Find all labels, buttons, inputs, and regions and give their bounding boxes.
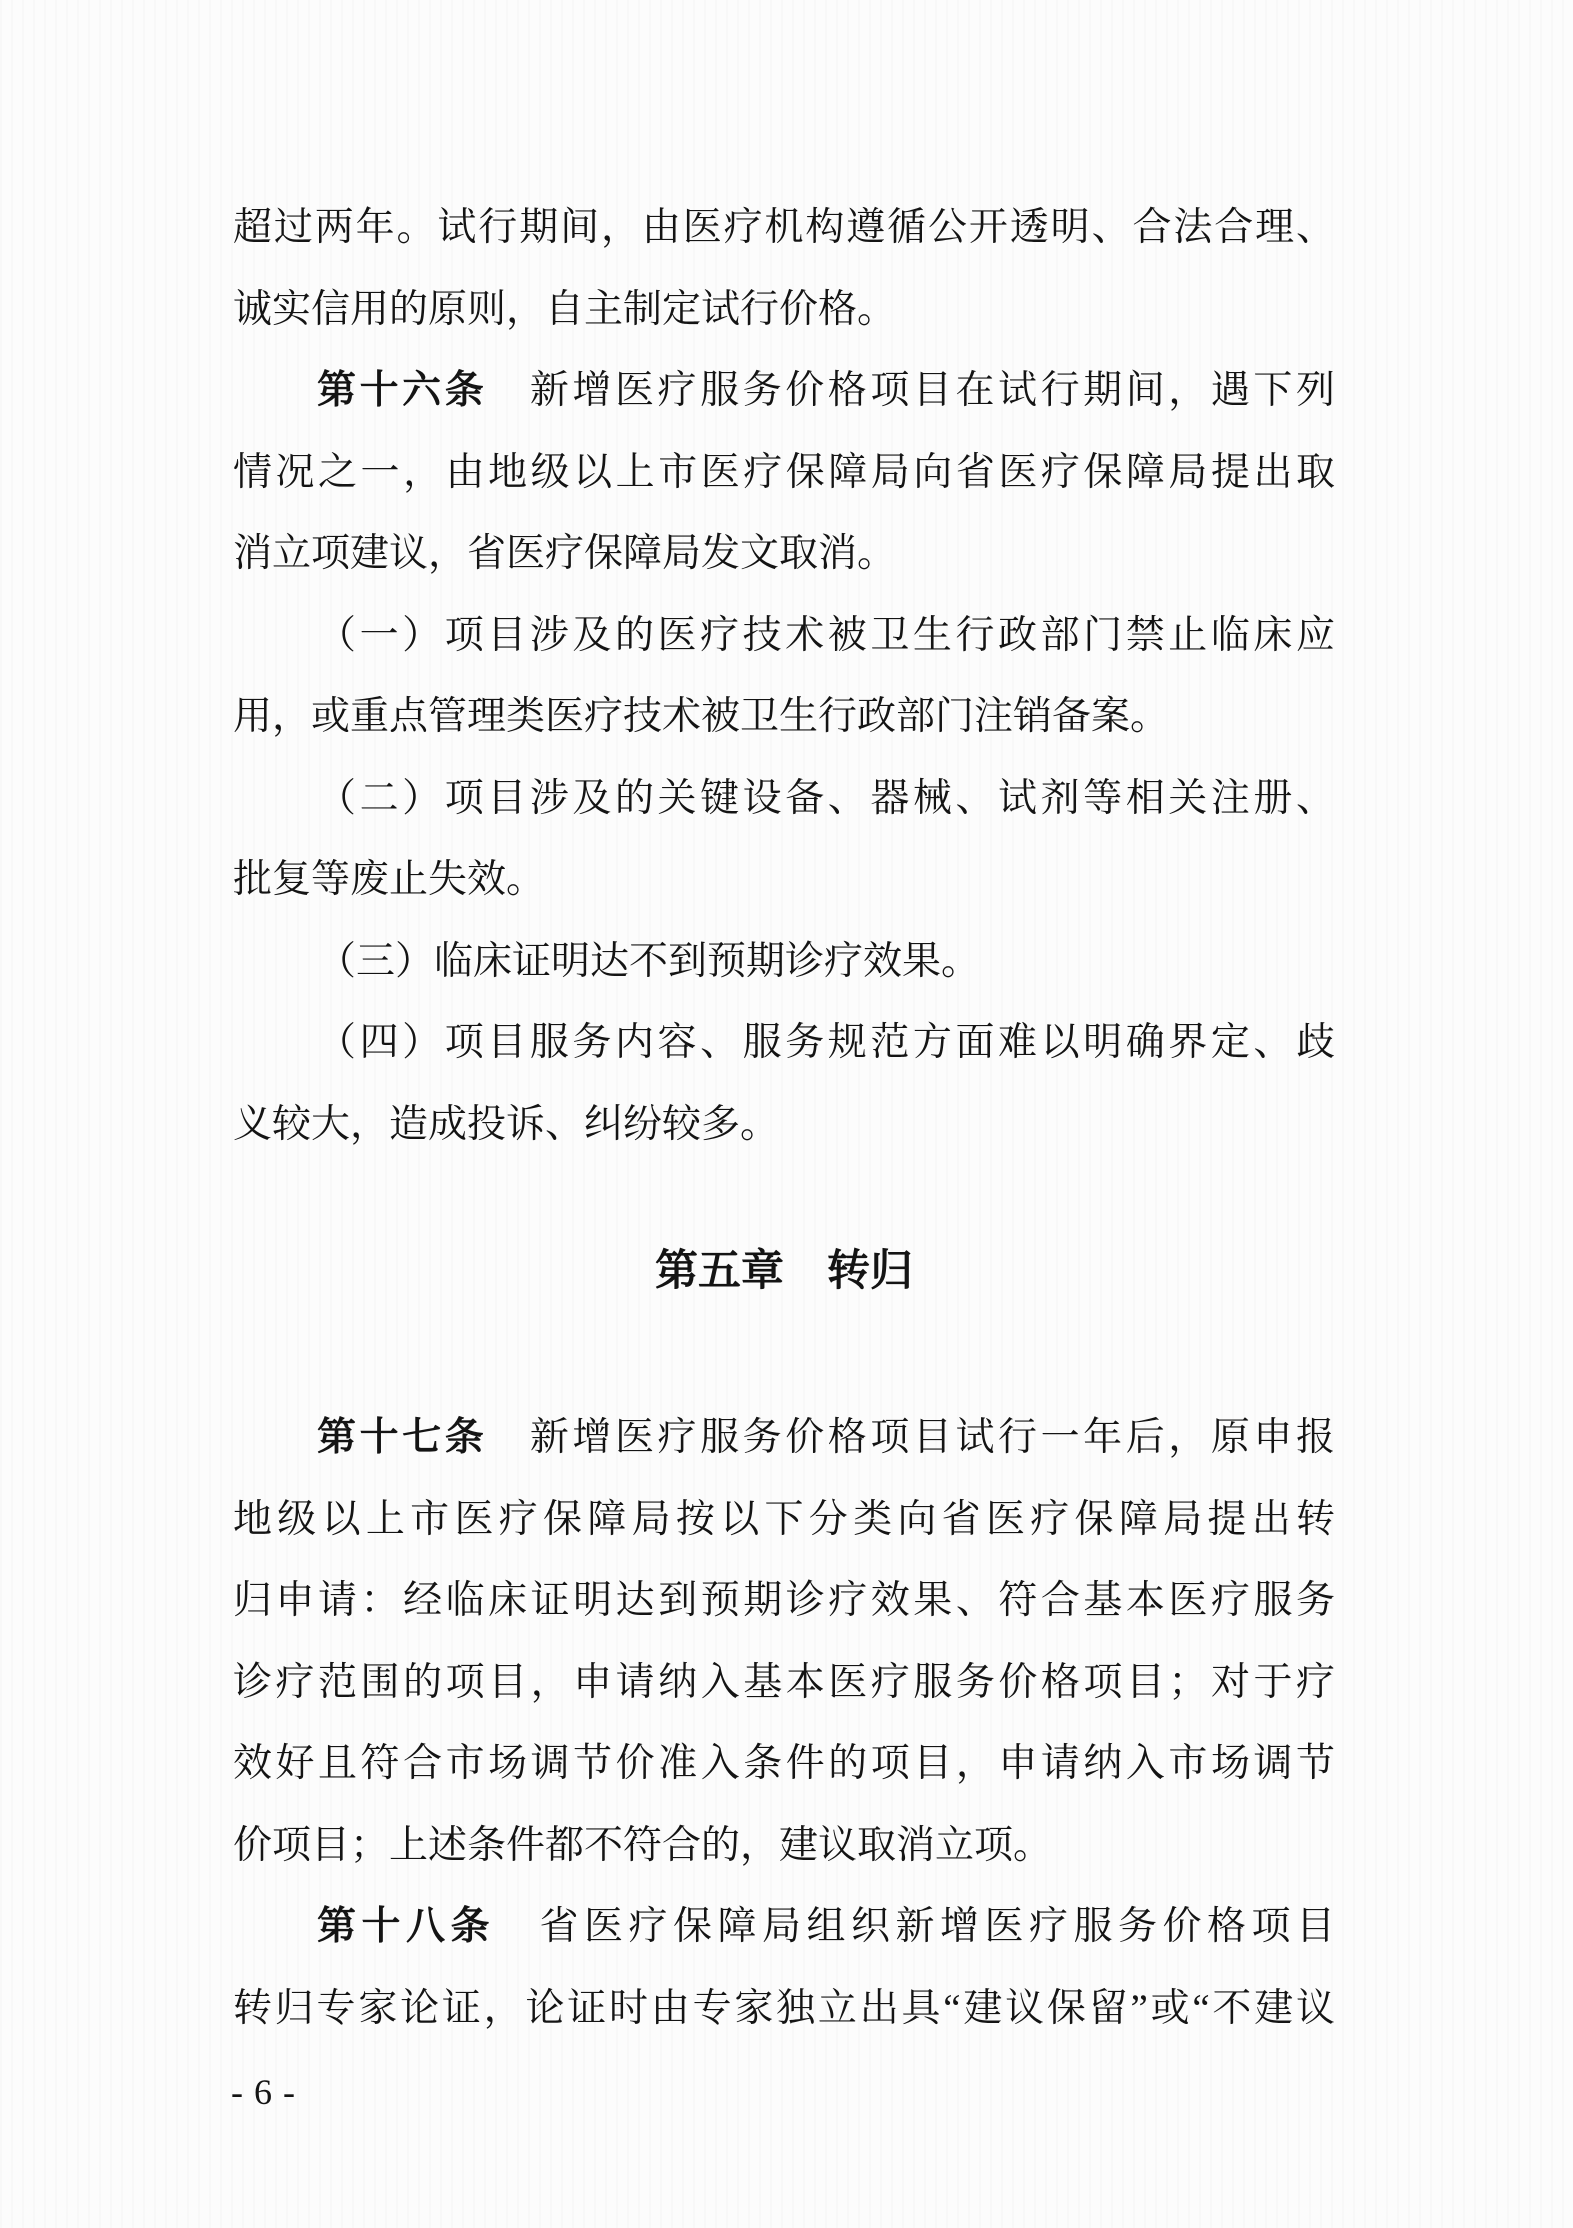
article-number: 第十六条: [317, 369, 487, 412]
article-text: 新增医疗服务价格项目试行一年后，原申报: [487, 1416, 1335, 1459]
clause-item-1: （一）项目涉及的医疗技术被卫生行政部门禁止临床应 用，或重点管理类医疗技术被卫生…: [233, 595, 1335, 758]
article-text: 新增医疗服务价格项目在试行期间，遇下列: [487, 369, 1335, 412]
page-number: - 6 -: [231, 2072, 296, 2112]
text-line: 第十八条 省医疗保障局组织新增医疗服务价格项目: [233, 1886, 1335, 1968]
text-line: 第十六条 新增医疗服务价格项目在试行期间，遇下列: [233, 350, 1335, 432]
text-line: （一）项目涉及的医疗技术被卫生行政部门禁止临床应: [233, 595, 1335, 677]
article-text: 省医疗保障局组织新增医疗服务价格项目: [495, 1905, 1335, 1948]
text-line: 超过两年。试行期间，由医疗机构遵循公开透明、合法合理、: [233, 187, 1335, 269]
paragraph-article-17: 第十七条 新增医疗服务价格项目试行一年后，原申报 地级以上市医疗保障局按以下分类…: [233, 1397, 1335, 1886]
clause-item-2: （二）项目涉及的关键设备、器械、试剂等相关注册、 批复等废止失效。: [233, 758, 1335, 921]
text-line: （二）项目涉及的关键设备、器械、试剂等相关注册、: [233, 758, 1335, 840]
text-line: 诚实信用的原则，自主制定试行价格。: [233, 269, 1335, 351]
body-text-lower: 第十七条 新增医疗服务价格项目试行一年后，原申报 地级以上市医疗保障局按以下分类…: [233, 1397, 1335, 2049]
paragraph-article-18: 第十八条 省医疗保障局组织新增医疗服务价格项目 转归专家论证，论证时由专家独立出…: [233, 1886, 1335, 2049]
paragraph-trial-price: 超过两年。试行期间，由医疗机构遵循公开透明、合法合理、 诚实信用的原则，自主制定…: [233, 187, 1335, 350]
chapter-heading: 第五章 转归: [233, 1231, 1335, 1313]
text-line: 诊疗范围的项目，申请纳入基本医疗服务价格项目；对于疗: [233, 1642, 1335, 1724]
text-line: 情况之一，由地级以上市医疗保障局向省医疗保障局提出取: [233, 432, 1335, 514]
text-line: （四）项目服务内容、服务规范方面难以明确界定、歧: [233, 1002, 1335, 1084]
text-line: （三）临床证明达不到预期诊疗效果。: [233, 921, 1335, 1003]
text-line: 第十七条 新增医疗服务价格项目试行一年后，原申报: [233, 1397, 1335, 1479]
text-line: 消立项建议，省医疗保障局发文取消。: [233, 513, 1335, 595]
clause-item-4: （四）项目服务内容、服务规范方面难以明确界定、歧 义较大，造成投诉、纠纷较多。: [233, 1002, 1335, 1165]
text-line: 价项目；上述条件都不符合的，建议取消立项。: [233, 1805, 1335, 1887]
text-line: 用，或重点管理类医疗技术被卫生行政部门注销备案。: [233, 676, 1335, 758]
text-line: 批复等废止失效。: [233, 839, 1335, 921]
paragraph-article-16: 第十六条 新增医疗服务价格项目在试行期间，遇下列 情况之一，由地级以上市医疗保障…: [233, 350, 1335, 595]
clause-item-3: （三）临床证明达不到预期诊疗效果。: [233, 921, 1335, 1003]
text-line: 转归专家论证，论证时由专家独立出具“建议保留”或“不建议: [233, 1968, 1335, 2050]
text-line: 地级以上市医疗保障局按以下分类向省医疗保障局提出转: [233, 1479, 1335, 1561]
article-number: 第十八条: [317, 1905, 495, 1948]
text-line: 归申请：经临床证明达到预期诊疗效果、符合基本医疗服务: [233, 1560, 1335, 1642]
article-number: 第十七条: [317, 1416, 487, 1459]
body-text-upper: 超过两年。试行期间，由医疗机构遵循公开透明、合法合理、 诚实信用的原则，自主制定…: [233, 187, 1335, 1165]
text-line: 效好且符合市场调节价准入条件的项目，申请纳入市场调节: [233, 1723, 1335, 1805]
text-line: 义较大，造成投诉、纠纷较多。: [233, 1084, 1335, 1166]
document-page: 超过两年。试行期间，由医疗机构遵循公开透明、合法合理、 诚实信用的原则，自主制定…: [0, 0, 1573, 2228]
